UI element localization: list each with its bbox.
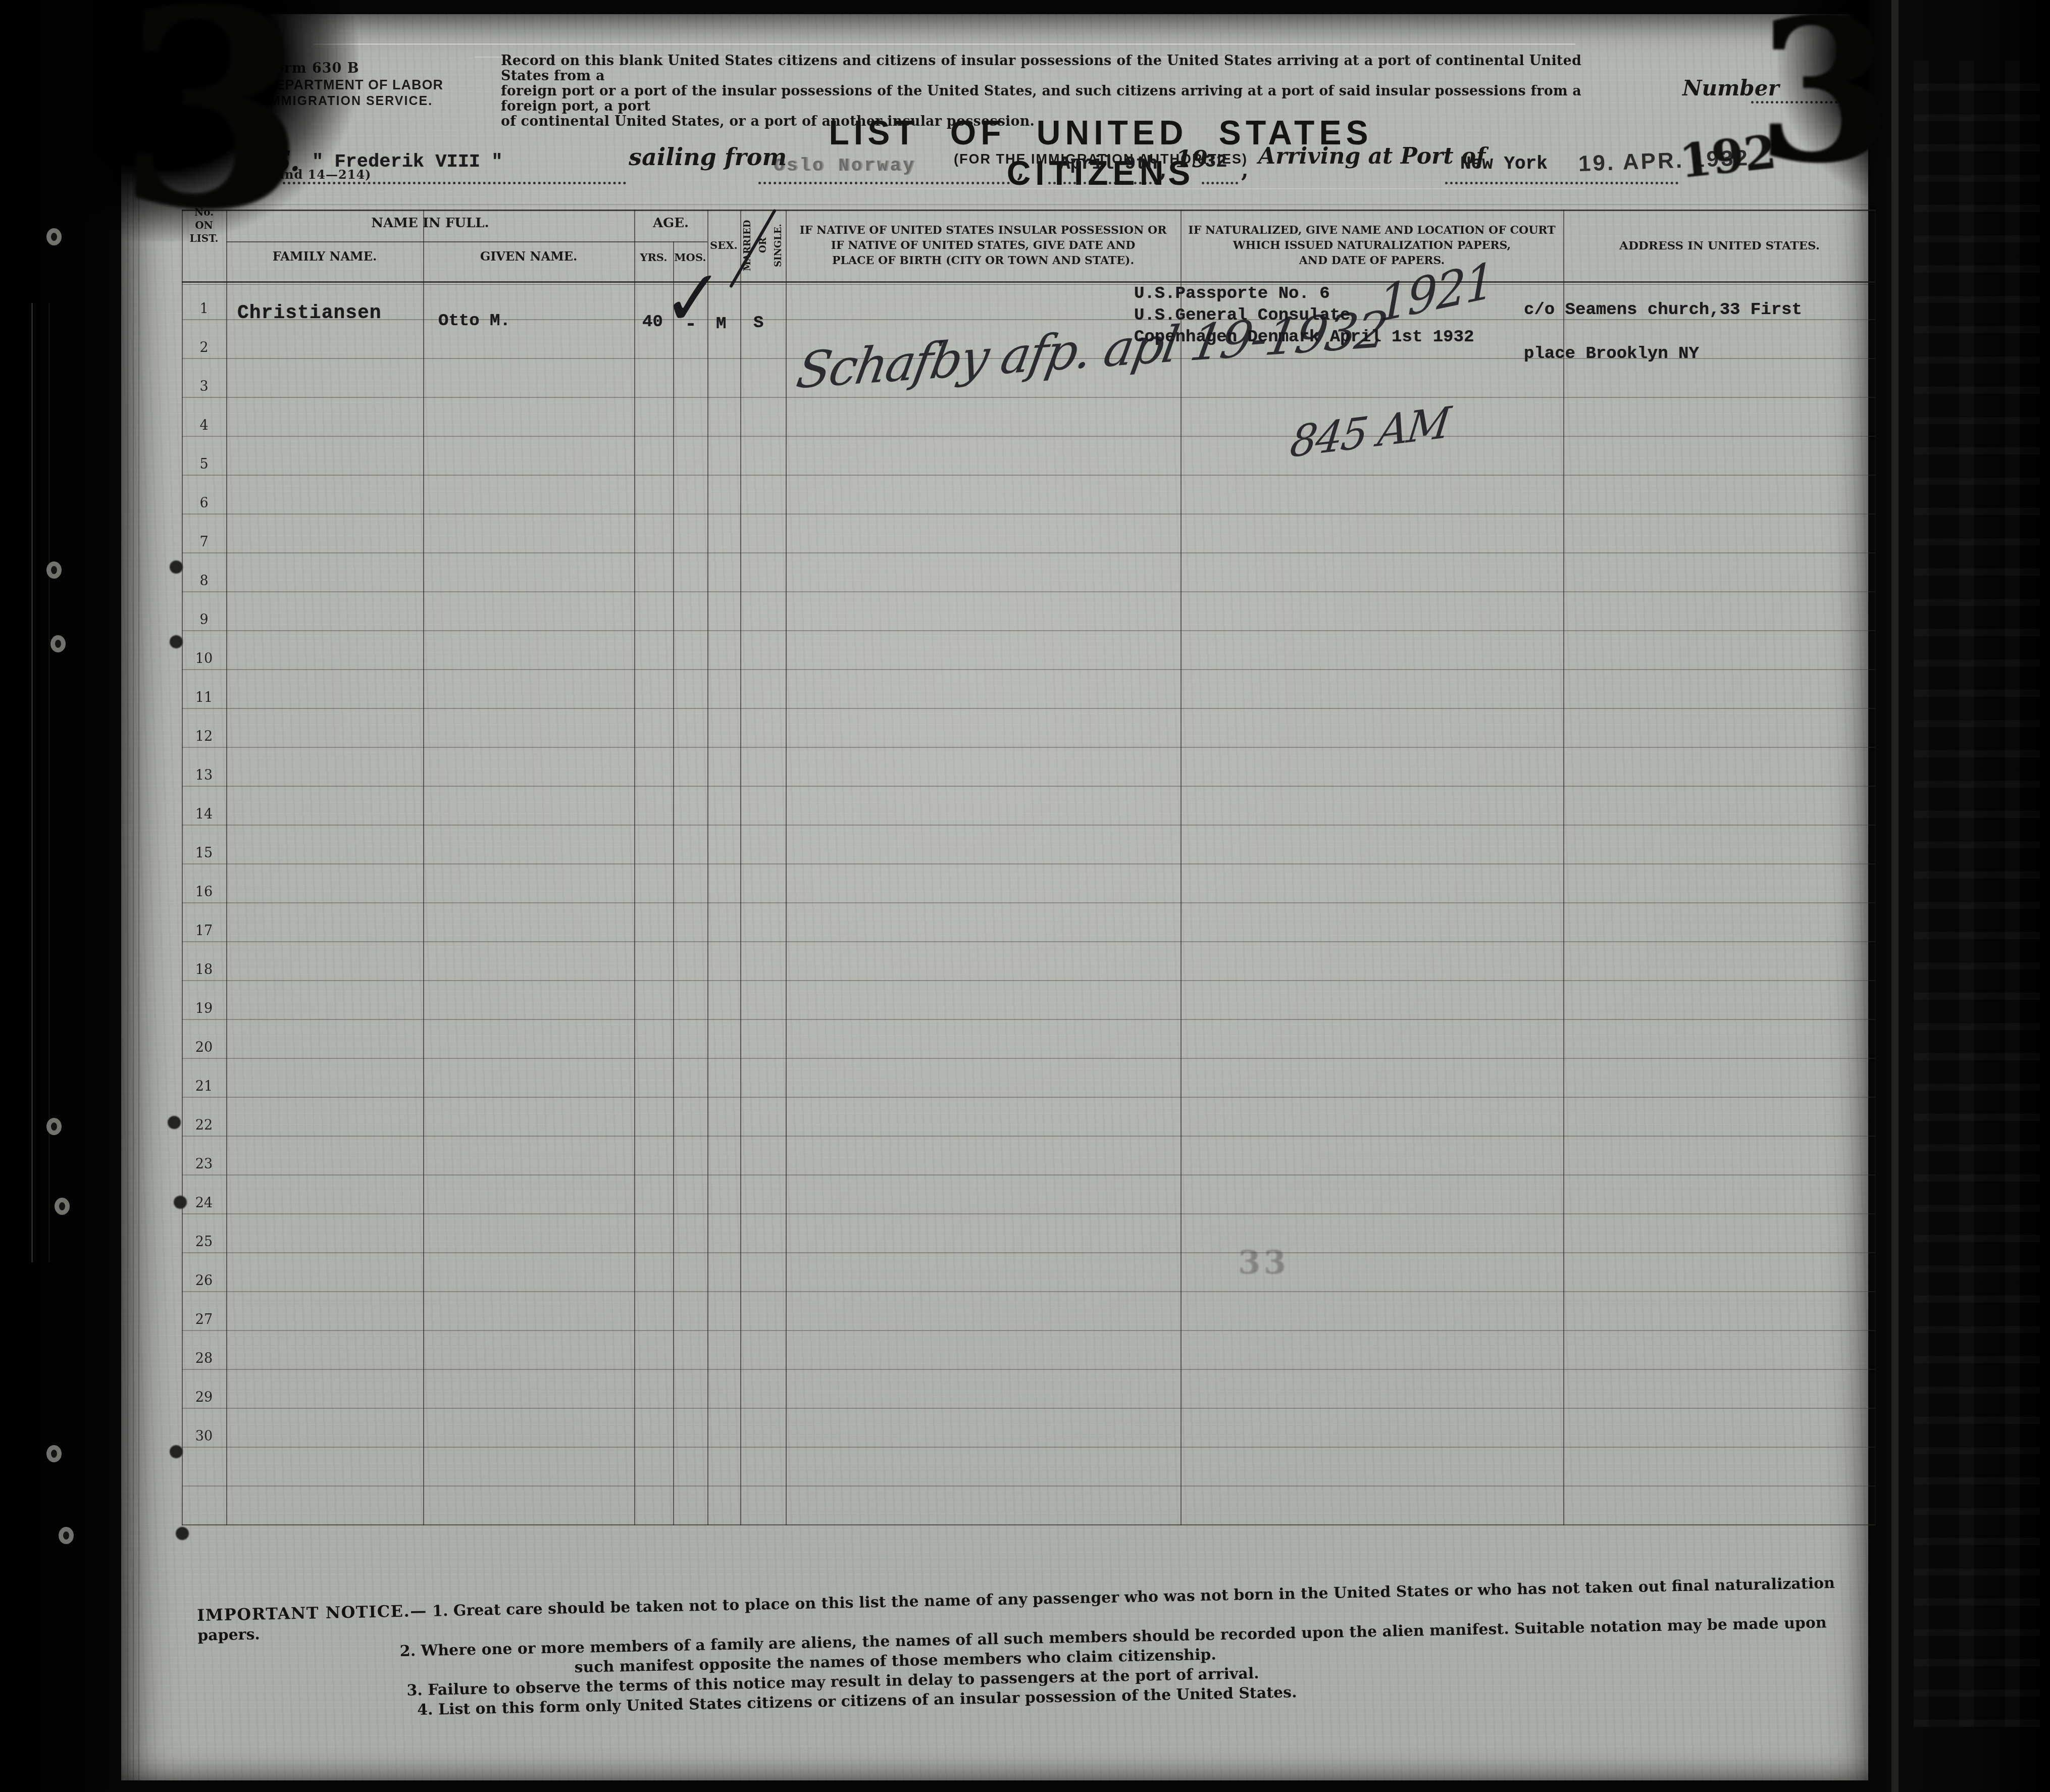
column-rule <box>1181 210 1182 1525</box>
row-number: 28 <box>182 1351 226 1366</box>
table-row: 8 <box>182 553 1876 592</box>
table-rule <box>182 204 1876 205</box>
row-number: 30 <box>182 1428 226 1444</box>
film-scratch <box>31 303 33 1262</box>
row-number: 7 <box>182 534 226 550</box>
table-row: 10 <box>182 631 1876 670</box>
year-printed: 19 <box>1175 145 1208 173</box>
film-grain-texture <box>1914 61 2040 1727</box>
row-number: 16 <box>182 884 226 900</box>
column-rule <box>634 210 635 1525</box>
blank-line <box>1202 182 1238 184</box>
entry-given-name: Otto M. <box>438 312 510 331</box>
column-rule <box>707 210 708 1525</box>
manifest-page: 3 3 Form 630 B DEPARTMENT OF LABOR IMMIG… <box>121 14 1868 1780</box>
table-rows: 1234567891011121314151617181920212223242… <box>182 281 1876 1525</box>
handwritten-checkmark: ✓ <box>662 252 724 345</box>
binder-ring-hole <box>46 1445 62 1462</box>
table-row: 22 <box>182 1098 1876 1137</box>
row-number: 18 <box>182 962 226 978</box>
table-row: 12 <box>182 709 1876 748</box>
row-number: 22 <box>182 1117 226 1133</box>
row-number: 4 <box>182 418 226 433</box>
column-rule <box>740 210 741 1525</box>
row-number: 25 <box>182 1234 226 1250</box>
binder-ring-hole <box>55 1198 70 1215</box>
important-notice: IMPORTANT NOTICE.— 1. Great care should … <box>197 1572 1885 1724</box>
table-row: 4 <box>182 398 1876 437</box>
comma: , <box>1241 158 1249 182</box>
entry-address: c/o Seamens church,33 First place Brookl… <box>1524 288 1802 376</box>
row-number: 13 <box>182 767 226 783</box>
page-number-stamp-left: 3 <box>116 2 311 219</box>
binder-ring-hole <box>59 1527 74 1544</box>
punch-hole <box>176 1527 189 1540</box>
microfilm-photo: 3 3 Form 630 B DEPARTMENT OF LABOR IMMIG… <box>0 0 2050 1792</box>
arriving-label: Arriving at Port of <box>1258 143 1485 169</box>
col-header-address: ADDRESS IN UNITED STATES. <box>1563 239 1876 252</box>
table-row: 7 <box>182 515 1876 553</box>
column-rule <box>786 210 787 1525</box>
table-row: 18 <box>182 942 1876 981</box>
table-row: 26 <box>182 1253 1876 1292</box>
sailing-from-label: sailing from <box>629 143 787 171</box>
punch-hole <box>170 635 183 648</box>
entry-married-or-single: S <box>753 314 763 333</box>
row-number: 6 <box>182 495 226 511</box>
table-row: 5 <box>182 437 1876 476</box>
col-header-given-name: GIVEN NAME. <box>423 249 634 264</box>
table-top-rule <box>182 210 1876 211</box>
departure-port: Oslo Norway <box>774 156 916 176</box>
table-row <box>182 1448 1876 1487</box>
film-edge-highlight <box>1891 0 1899 1792</box>
binder-ring-hole <box>46 1118 62 1135</box>
comma: , <box>1017 158 1024 182</box>
col-header-birth: IF NATIVE OF UNITED STATES INSULAR POSSE… <box>786 223 1181 268</box>
row-number: 14 <box>182 806 226 822</box>
row-number: 27 <box>182 1312 226 1327</box>
column-rule <box>226 210 227 1525</box>
table-row: 29 <box>182 1370 1876 1409</box>
table-row: 27 <box>182 1292 1876 1331</box>
table-row: 21 <box>182 1059 1876 1098</box>
row-number: 20 <box>182 1040 226 1055</box>
table-row: 20 <box>182 1020 1876 1059</box>
col-header-age: AGE. <box>634 216 707 231</box>
row-number: 9 <box>182 612 226 628</box>
row-number: 19 <box>182 1001 226 1016</box>
blank-line <box>1048 182 1157 184</box>
blank-line <box>758 182 1010 184</box>
row-number: 15 <box>182 845 226 861</box>
row-number: 3 <box>182 379 226 394</box>
film-right-margin <box>1868 0 2050 1792</box>
table-row: 24 <box>182 1175 1876 1214</box>
punch-hole <box>170 560 183 574</box>
faint-number-stamp: 33 <box>1238 1244 1289 1282</box>
arrival-port: New York <box>1460 153 1548 174</box>
table-row: 30 <box>182 1409 1876 1448</box>
column-rule <box>182 210 183 1525</box>
row-number: 1 <box>182 301 226 317</box>
manifest-table: No. ON LIST. NAME IN FULL. FAMILY NAME. … <box>182 210 1876 1525</box>
table-row: 25 <box>182 1214 1876 1253</box>
comma: , <box>1159 158 1167 182</box>
row-number: 11 <box>182 690 226 705</box>
punch-hole <box>168 1116 181 1129</box>
table-row: 23 <box>182 1137 1876 1175</box>
entry-family-name: Christiansen <box>237 302 382 324</box>
scratch-streak <box>313 43 1575 45</box>
year-typed: 32 <box>1205 151 1227 173</box>
row-number: 21 <box>182 1079 226 1094</box>
binder-ring-hole <box>46 561 62 579</box>
row-number: 24 <box>182 1195 226 1211</box>
row-number: 26 <box>182 1273 226 1289</box>
departure-date: April 9th <box>1059 153 1157 174</box>
table-row: 14 <box>182 787 1876 826</box>
col-header-sex: SEX. <box>707 239 740 251</box>
film-left-margin <box>0 0 121 1792</box>
table-row: 16 <box>182 864 1876 903</box>
row-number: 10 <box>182 651 226 667</box>
col-header-naturalization: IF NATURALIZED, GIVE NAME AND LOCATION O… <box>1181 223 1563 268</box>
film-scratch <box>48 303 50 1262</box>
row-number: 8 <box>182 573 226 589</box>
page-edge-lines <box>127 14 142 1780</box>
col-header-married-or-single: MARRIED OR SINGLE. <box>740 212 786 279</box>
row-number: 2 <box>182 340 226 355</box>
column-rule <box>673 241 674 1525</box>
row-number: 12 <box>182 729 226 744</box>
table-row: 9 <box>182 592 1876 631</box>
blank-line <box>1445 182 1678 184</box>
row-number: 29 <box>182 1390 226 1405</box>
notice-label: IMPORTANT NOTICE.— <box>197 1601 427 1625</box>
table-row <box>182 1487 1876 1525</box>
table-row: 11 <box>182 670 1876 709</box>
row-number: 17 <box>182 923 226 939</box>
table-row: 13 <box>182 748 1876 787</box>
table-row: 6 <box>182 476 1876 515</box>
column-rule <box>423 210 424 1525</box>
entry-age-yrs: 40 <box>642 313 663 332</box>
table-row: 17 <box>182 903 1876 942</box>
punch-hole <box>170 1445 183 1458</box>
row-number: 5 <box>182 456 226 472</box>
table-row: 28 <box>182 1331 1876 1370</box>
row-number: 23 <box>182 1156 226 1172</box>
table-row: 19 <box>182 981 1876 1020</box>
column-rule <box>1563 210 1564 1525</box>
binder-ring-hole <box>46 228 62 245</box>
table-row: 15 <box>182 826 1876 864</box>
binder-ring-hole <box>50 635 66 652</box>
